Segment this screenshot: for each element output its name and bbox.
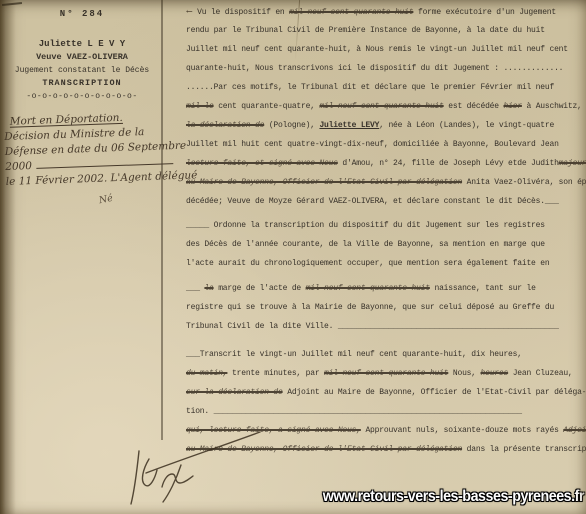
typed-text: Jean Cluzeau, [508, 369, 572, 378]
struck-text: lecture faite, et signé avec Nous [186, 159, 338, 168]
margin-annotation-handwritten: Mort en Déportation.Décision du Ministre… [3, 109, 176, 205]
body-line: la déclaration de (Pologne), Juliette LE… [186, 116, 586, 135]
typed-text: Juillet mil neuf cent quarante-huit, à N… [186, 45, 568, 54]
typed-text: l'acte aurait du chronologiquement occup… [186, 259, 549, 268]
typed-text: marge de l'acte de [214, 284, 306, 293]
margin-header: N° 284 Juliette L E V Y Veuve VAEZ-OLIVE… [2, 8, 162, 103]
body-line: mil le cent quarante-quatre, mil neuf ce… [186, 97, 586, 116]
body-line: quarante-huit, Nous transcrivons ici le … [186, 59, 586, 78]
typed-text: tion. __________________________________… [186, 407, 522, 416]
body-paragraph: ___Transcrit le vingt-un Juillet mil neu… [186, 345, 586, 421]
judgment-line: Jugement constatant le Décès [2, 64, 162, 77]
body-line: ......Par ces motifs, le Tribunal dit et… [186, 78, 586, 97]
typed-text: ___Transcrit le vingt-un Juillet mil neu… [186, 350, 522, 359]
act-number: N° 284 [2, 8, 162, 21]
struck-text: hier [503, 102, 521, 111]
struck-text: majeure [559, 159, 586, 168]
document-scan: N° 284 Juliette L E V Y Veuve VAEZ-OLIVE… [0, 0, 586, 514]
body-line: rendu par le Tribunal Civil de Première … [186, 21, 586, 40]
body-line: lecture faite, et signé avec Nous d'Amou… [186, 154, 586, 173]
body-paragraph: ___ la marge de l'acte de mil neuf cent … [186, 279, 586, 336]
struck-text: heures [481, 369, 509, 378]
document-body: ← Vu le dispositif en mil neuf cent quar… [186, 2, 586, 459]
body-line: du matin, trente minutes, par mil neuf c… [186, 364, 586, 383]
typed-text: des Décès de l'année courante, de la Vil… [186, 240, 545, 249]
body-line: des Décès de l'année courante, de la Vil… [186, 235, 586, 254]
typed-text: à Auschwitz, [522, 102, 582, 111]
body-line: ___ la marge de l'acte de mil neuf cent … [186, 279, 586, 298]
typed-text: Tribunal Civil de la dite Ville. _______… [186, 322, 559, 331]
typed-text: , née à Léon (Landes), le vingt-quatre [379, 121, 554, 130]
struck-text: mil neuf cent quarante-huit [319, 102, 443, 111]
struck-text: mil le [186, 102, 214, 111]
typed-text: _____ Ordonne la transcription du dispos… [186, 221, 545, 230]
body-line: ___Transcrit le vingt-un Juillet mil neu… [186, 345, 586, 364]
signature-scrawl-icon [118, 422, 268, 507]
typed-text: Approuvant nuls, soixante-douze mots ray… [361, 426, 563, 435]
body-line: Juillet mil neuf cent quarante-huit, à N… [186, 40, 586, 59]
typed-text: dans la présente transcription.___ [462, 445, 586, 454]
body-line: Tribunal Civil de la dite Ville. _______… [186, 317, 586, 336]
struck-text: du matin, [186, 369, 227, 378]
struck-text: au Maire de Bayonne, Officier de l'État … [186, 178, 462, 187]
body-line: l'acte aurait du chronologiquement occup… [186, 254, 586, 273]
struck-text: mil neuf cent quarante-huit [289, 8, 413, 17]
struck-text: mil neuf cent quarante-huit [306, 284, 430, 293]
typed-text: cent quarante-quatre, [214, 102, 320, 111]
body-line: registre qui se trouve à la Mairie de Ba… [186, 298, 586, 317]
struck-text: mil neuf cent quarante-huit [324, 369, 448, 378]
body-line: ← Vu le dispositif en mil neuf cent quar… [186, 2, 586, 21]
body-line: au Maire de Bayonne, Officier de l'État … [186, 173, 586, 192]
typed-text: quarante-huit, Nous transcrivons ici le … [186, 64, 563, 73]
body-line: _____ Ordonne la transcription du dispos… [186, 216, 586, 235]
widow-line: Veuve VAEZ-OLIVERA [2, 51, 162, 64]
body-line: décédée; Veuve de Moyze Gérard VAEZ-OLIV… [186, 192, 586, 211]
typed-text: ......Par ces motifs, le Tribunal dit et… [186, 83, 554, 92]
typed-text: décédée; Veuve de Moyze Gérard VAEZ-OLIV… [186, 197, 559, 206]
typed-text: (Pologne), [264, 121, 319, 130]
typed-text: Adjoint au Maire de Bayonne, Officier de… [283, 388, 586, 397]
typed-text: d'Amou, n° 24, fille de Joseph Lévy etde… [338, 159, 559, 168]
typed-text: est décédée [444, 102, 504, 111]
body-line: tion. __________________________________… [186, 402, 586, 421]
body-line: sur la déclaration de Adjoint au Maire d… [186, 383, 586, 402]
typed-text: forme exécutoire d'un Jugement [413, 8, 556, 17]
typed-text: ___ [186, 284, 204, 293]
struck-text: Adjoint [563, 426, 586, 435]
handwritten-text: Né [98, 191, 115, 209]
typed-text: Vu le dispositif en [193, 8, 290, 17]
ornament-divider: -o-o-o-o-o-o-o-o-o-o- [2, 90, 162, 103]
transcription-label: TRANSCRIPTION [2, 77, 162, 90]
struck-text: sur la déclaration de [186, 388, 283, 397]
body-paragraph: ← Vu le dispositif en mil neuf cent quar… [186, 2, 586, 211]
body-line: Juillet mil huit cent quatre-vingt-dix-n… [186, 135, 586, 154]
struck-text: la déclaration de [186, 121, 264, 130]
handwritten-rule [36, 163, 173, 169]
typed-text: registre qui se trouve à la Mairie de Ba… [186, 303, 554, 312]
website-watermark: www.retours-vers-les-basses-pyrenees.fr [323, 488, 584, 506]
body-paragraph: _____ Ordonne la transcription du dispos… [186, 216, 586, 273]
struck-text: la [204, 284, 213, 293]
handwritten-text: 2000 [5, 159, 32, 175]
typed-text: Anita Vaez-Olivéra, son épouse, [462, 178, 586, 187]
typed-text: Nous, [448, 369, 480, 378]
typed-text: rendu par le Tribunal Civil de Première … [186, 26, 545, 35]
deceased-name: Juliette L E V Y [2, 38, 162, 51]
typed-text: Juillet mil huit cent quatre-vingt-dix-n… [186, 140, 559, 149]
typed-text: trente minutes, par [227, 369, 324, 378]
underlined-name: Juliette LEVY [319, 121, 379, 130]
typed-text: naissance, tant sur le [430, 284, 536, 293]
